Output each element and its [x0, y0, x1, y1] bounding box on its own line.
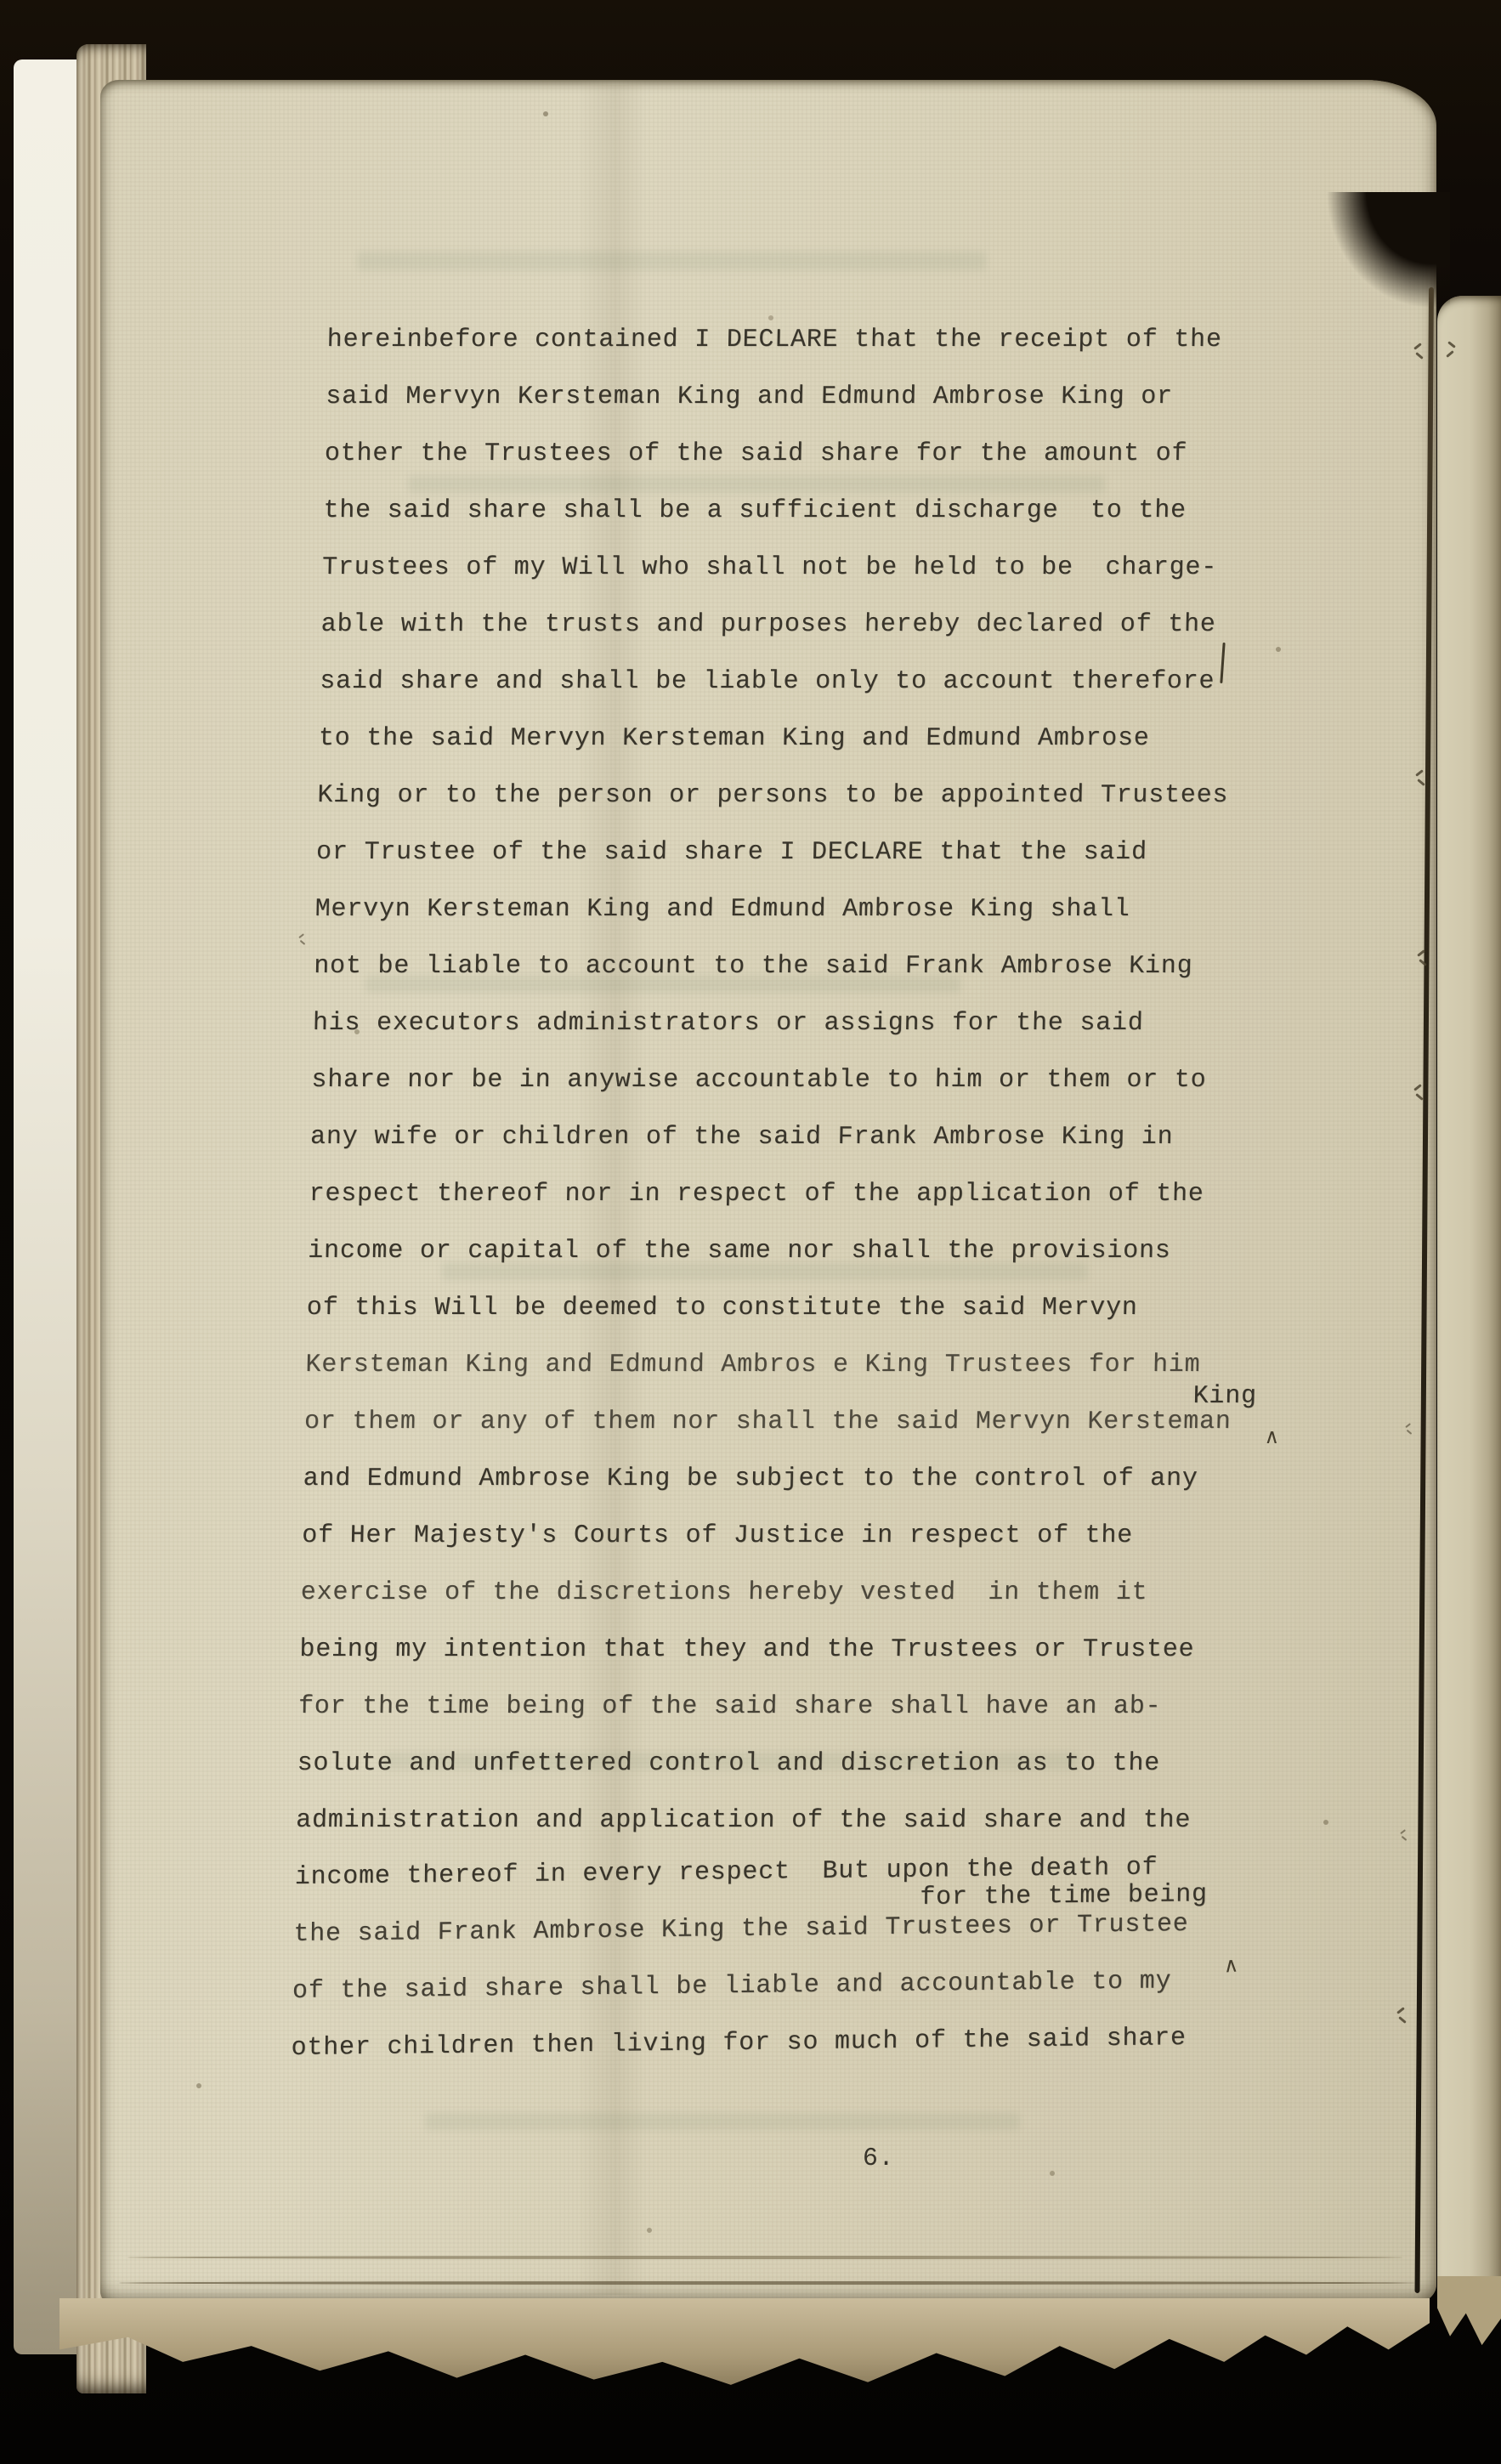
typed-line: being my intention that they and the Tru… [299, 1637, 1195, 1662]
typed-line: the said share shall be a sufficient dis… [323, 498, 1187, 524]
page-number: 6. [863, 2146, 895, 2172]
typed-line: King or to the person or persons to be a… [317, 783, 1228, 808]
interlinear-insertion-for-the-time-being: for the time being [920, 1882, 1208, 1911]
handwritten-caret: ∧ [1264, 1426, 1279, 1447]
typed-line: of this Will be deemed to constitute the… [307, 1295, 1138, 1321]
interlinear-insertion-king: King [1192, 1384, 1257, 1409]
margin-pen-mark [1413, 343, 1426, 359]
typed-line: or Trustee of the said share I DECLARE t… [316, 840, 1147, 865]
typed-line: respect thereof nor in respect of the ap… [309, 1181, 1204, 1207]
typed-line: said Mervyn Kersteman King and Edmund Am… [326, 384, 1173, 410]
typed-line: of Her Majesty's Courts of Justice in re… [302, 1523, 1133, 1549]
paper-specks [0, 0, 3, 3]
typed-line: for the time being of the said share sha… [298, 1694, 1162, 1719]
typed-line: able with the trusts and purposes hereby… [320, 612, 1216, 637]
typed-line: to the said Mervyn Kersteman King and Ed… [319, 726, 1150, 751]
typed-line: his executors administrators or assigns … [313, 1011, 1144, 1036]
typed-line: not be liable to account to the said Fra… [314, 954, 1193, 979]
typed-line: other children then living for so much o… [291, 2025, 1186, 2061]
handwritten-caret: ∧ [1223, 1954, 1239, 1975]
typed-line: hereinbefore contained I DECLARE that th… [326, 327, 1222, 353]
typed-line: Kersteman King and Edmund Ambros e King … [305, 1352, 1201, 1378]
typed-line: share nor be in anywise accountable to h… [311, 1068, 1207, 1093]
margin-pen-mark [297, 934, 307, 945]
typed-line: and Edmund Ambrose King be subject to th… [303, 1466, 1198, 1492]
typed-line: the said Frank Ambrose King the said Tru… [293, 1912, 1188, 1947]
typed-line: other the Trustees of the said share for… [325, 441, 1188, 467]
book-photo: hereinbefore contained I DECLARE that th… [0, 0, 1501, 2464]
typed-line: Mervyn Kersteman King and Edmund Ambrose… [314, 897, 1130, 922]
typed-line: Trustees of my Will who shall not be hel… [322, 555, 1218, 581]
margin-pen-mark [1414, 770, 1428, 785]
facing-page-edge [1437, 296, 1501, 2278]
typed-text-block: hereinbefore contained I DECLARE that th… [0, 0, 1501, 2464]
margin-pen-mark [1416, 950, 1430, 966]
margin-pen-mark [1396, 2008, 1409, 2023]
margin-pen-mark [1413, 1085, 1426, 1100]
typed-line: solute and unfettered control and discre… [297, 1751, 1160, 1776]
typed-line: exercise of the discretions hereby veste… [300, 1580, 1147, 1606]
typed-line: or them or any of them nor shall the sai… [304, 1409, 1232, 1435]
margin-pen-mark [1443, 342, 1457, 357]
margin-pen-mark [1399, 1830, 1408, 1841]
typed-line: any wife or children of the said Frank A… [310, 1124, 1174, 1150]
typed-line: said share and shall be liable only to a… [320, 669, 1215, 694]
typed-line: administration and application of the sa… [296, 1808, 1192, 1833]
typed-line: of the said share shall be liable and ac… [292, 1968, 1172, 2004]
typed-line: income or capital of the same nor shall … [308, 1238, 1171, 1264]
margin-pen-mark [1404, 1424, 1413, 1435]
